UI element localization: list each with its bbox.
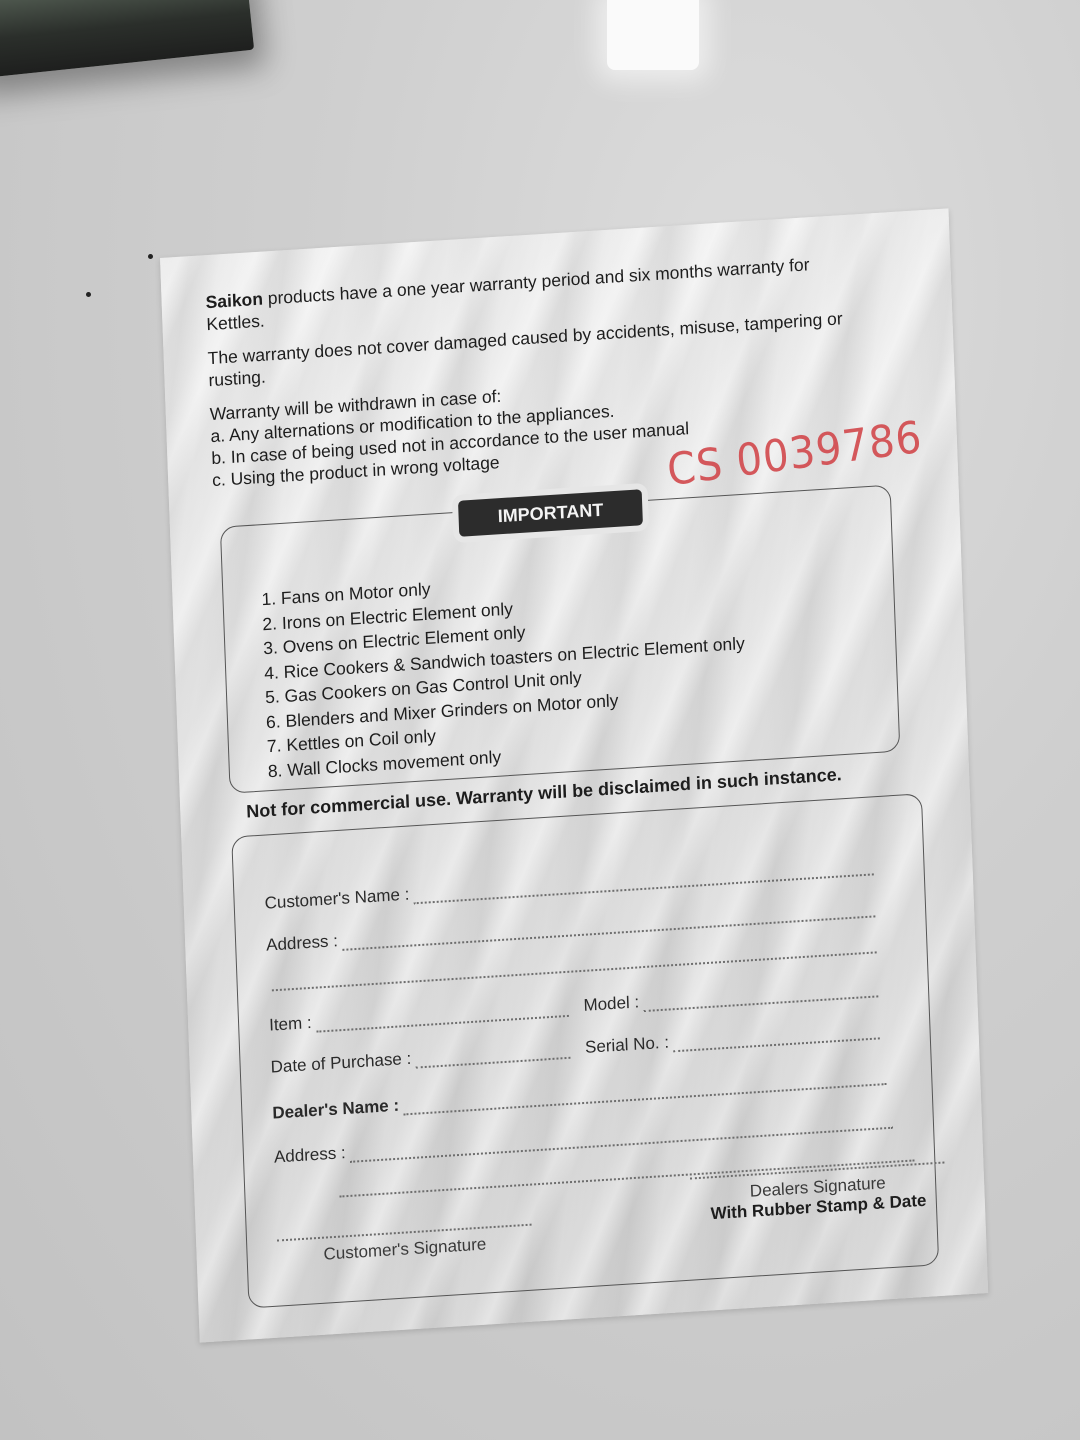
customer-name-field[interactable] bbox=[413, 859, 874, 904]
brand-name: Saikon bbox=[205, 289, 263, 313]
warranty-card: Saikon products have a one year warranty… bbox=[160, 208, 988, 1342]
dark-object-on-table bbox=[0, 0, 254, 80]
dealer-address-label: Address : bbox=[274, 1143, 346, 1168]
item-label: Item : bbox=[269, 1013, 312, 1036]
warranty-registration-form: Customer's Name : Address : Item : Model… bbox=[231, 793, 939, 1308]
date-of-purchase-label: Date of Purchase : bbox=[270, 1049, 411, 1078]
dealer-name-label: Dealer's Name : bbox=[272, 1096, 399, 1124]
customer-name-label: Customer's Name : bbox=[264, 885, 409, 914]
item-row: Item : bbox=[269, 997, 569, 1036]
date-of-purchase-row: Date of Purchase : bbox=[270, 1039, 570, 1078]
serial-no-field[interactable] bbox=[673, 1023, 880, 1052]
important-label: IMPORTANT bbox=[458, 489, 643, 537]
model-row: Model : bbox=[583, 977, 878, 1016]
table-speck bbox=[86, 292, 91, 297]
serial-no-label: Serial No. : bbox=[585, 1033, 670, 1058]
light-reflection bbox=[607, 0, 699, 70]
serial-no-row: Serial No. : bbox=[585, 1019, 880, 1058]
table-speck bbox=[148, 254, 153, 259]
model-field[interactable] bbox=[643, 981, 878, 1012]
item-field[interactable] bbox=[315, 1001, 569, 1033]
important-coverage-box: IMPORTANT 1. Fans on Motor only 2. Irons… bbox=[220, 485, 900, 794]
address-label: Address : bbox=[266, 931, 338, 956]
dealer-name-field[interactable] bbox=[403, 1069, 887, 1115]
model-label: Model : bbox=[583, 992, 639, 1015]
coverage-list: 1. Fans on Motor only 2. Irons on Electr… bbox=[261, 557, 749, 783]
date-of-purchase-field[interactable] bbox=[415, 1043, 570, 1069]
customer-signature-block: Customer's Signature bbox=[277, 1224, 533, 1268]
